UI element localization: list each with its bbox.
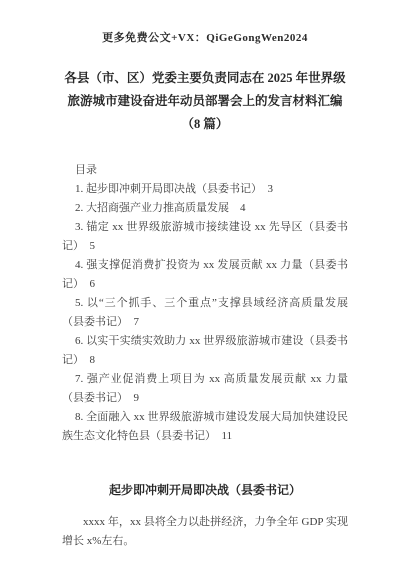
toc-item: 3. 锚定 xx 世界级旅游城市接续建设 xx 先导区（县委书记） 5 xyxy=(62,218,348,256)
body-paragraph: xxxx 年，xx 县将全力以赴拼经济，力争全年 GDP 实现增长 x%左右。 xyxy=(62,513,348,551)
section-heading: 起步即冲刺开局即决战（县委书记） xyxy=(62,482,348,499)
toc-item: 4. 强支撑促消费扩投资为 xx 发展贡献 xx 力量（县委书记） 6 xyxy=(62,256,348,294)
document-title: 各县（市、区）党委主要负责同志在 2025 年世界级旅游城市建设奋进年动员部署会… xyxy=(62,67,348,136)
toc-item: 6. 以实干实绩实效助力 xx 世界级旅游城市建设（县委书记） 8 xyxy=(62,332,348,370)
toc-item: 8. 全面融入 xx 世界级旅游城市建设发展大局加快建设民族生态文化特色县（县委… xyxy=(62,408,348,446)
promo-header: 更多免费公文+VX：QiGeGongWen2024 xyxy=(62,31,348,45)
table-of-contents: 目录 1. 起步即冲刺开局即决战（县委书记） 3 2. 大招商强产业力推高质量发… xyxy=(62,161,348,446)
toc-item: 5. 以“三个抓手、三个重点”支撑县域经济高质量发展（县委书记） 7 xyxy=(62,294,348,332)
document-page: 更多免费公文+VX：QiGeGongWen2024 各县（市、区）党委主要负责同… xyxy=(0,0,410,580)
toc-item: 2. 大招商强产业力推高质量发展 4 xyxy=(62,199,348,218)
toc-label: 目录 xyxy=(62,161,348,180)
toc-item: 7. 强产业促消费上项目为 xx 高质量发展贡献 xx 力量（县委书记） 9 xyxy=(62,370,348,408)
toc-item: 1. 起步即冲刺开局即决战（县委书记） 3 xyxy=(62,180,348,199)
